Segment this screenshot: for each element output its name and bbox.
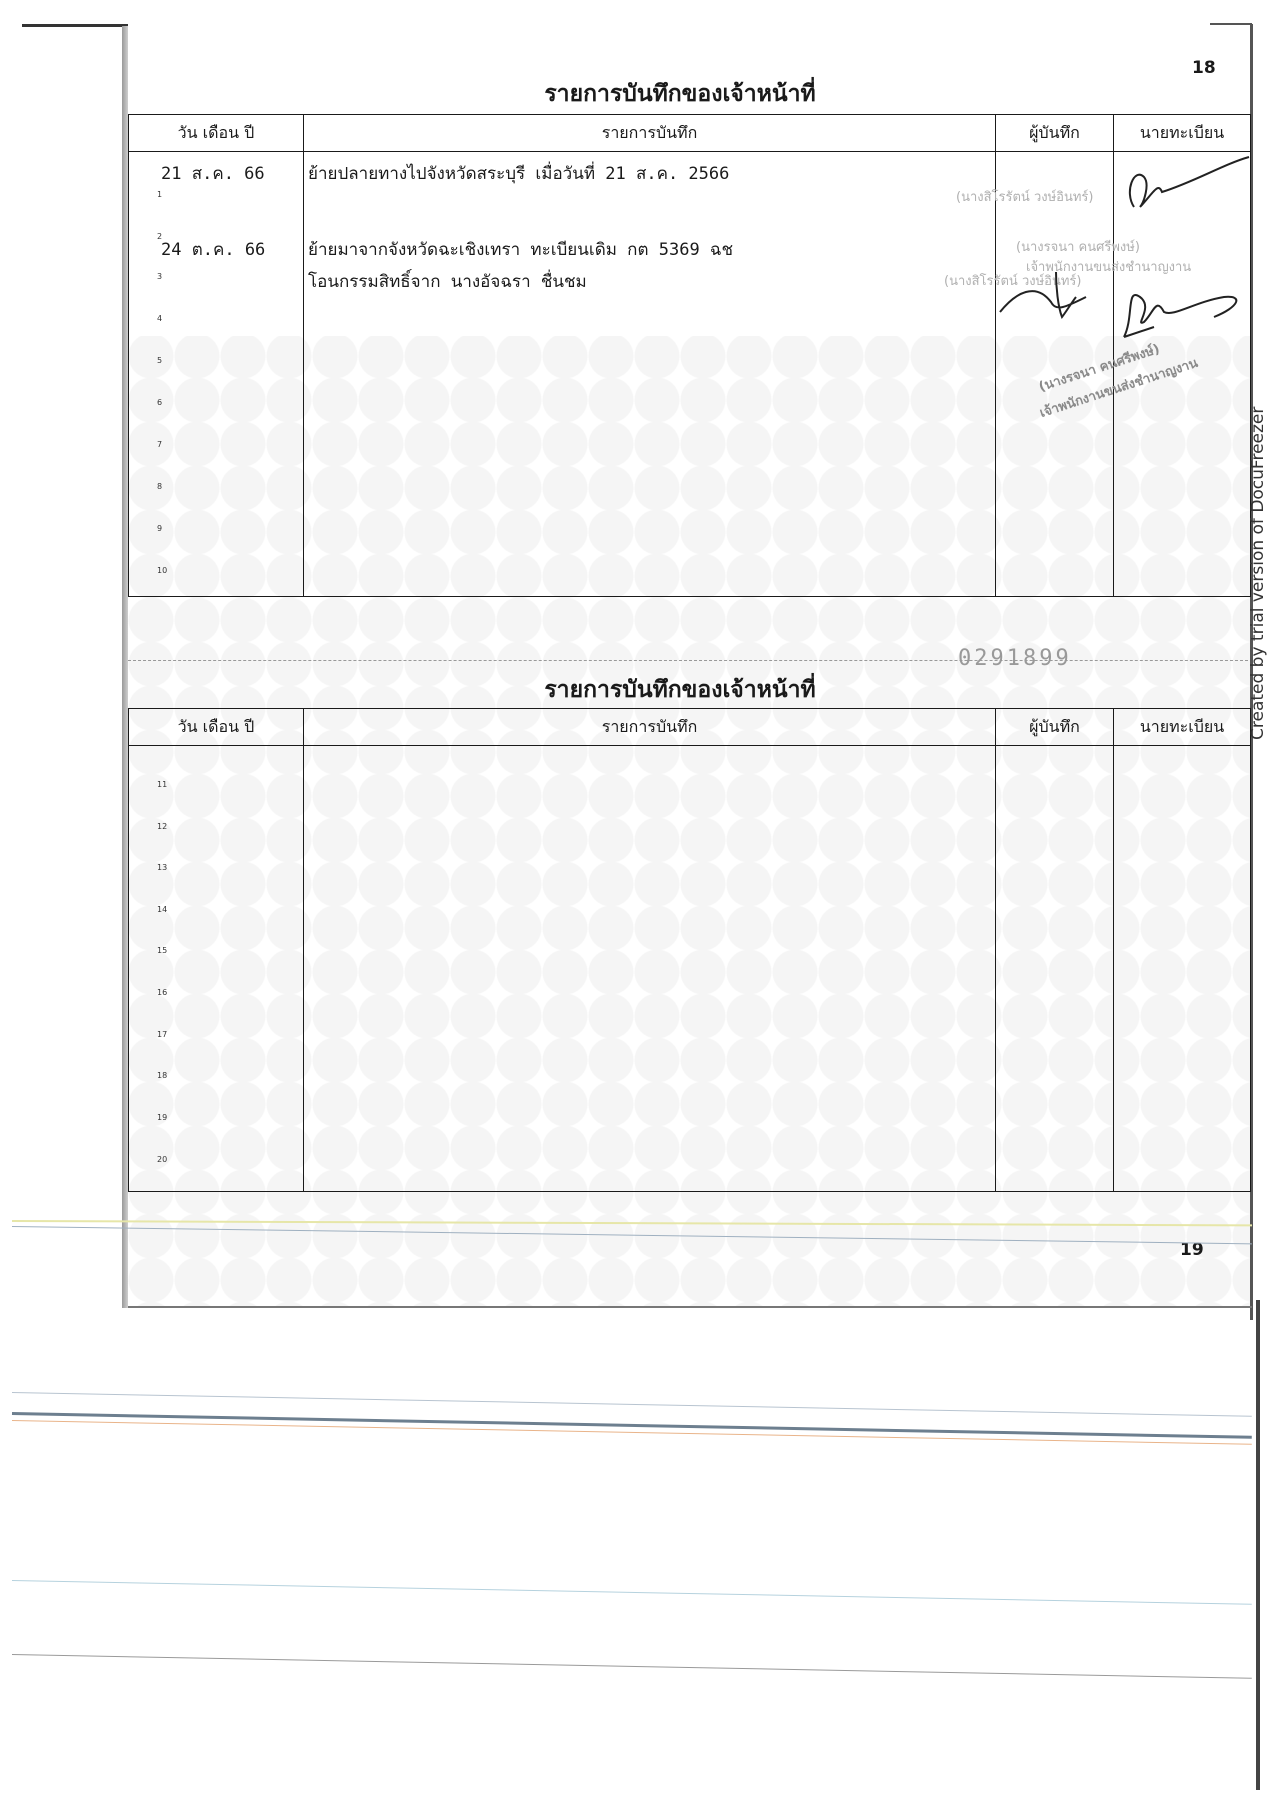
column-header-date: วัน เดือน ปี <box>129 709 304 746</box>
row-number: 20 <box>157 1155 167 1164</box>
watermark-text: Created by trial version of DocuFreezer <box>1248 407 1268 740</box>
row-number: 9 <box>157 524 162 533</box>
column-header-entry: รายการบันทึก <box>304 115 996 152</box>
column-header-recorder: ผู้บันทึก <box>996 709 1114 746</box>
row-number: 4 <box>157 314 162 323</box>
registrar-column-cell <box>1114 746 1251 1192</box>
date-column-cell: 21 ส.ค. 66 24 ต.ค. 66 1 2 3 4 5 6 7 8 9 … <box>129 152 304 597</box>
column-header-recorder: ผู้บันทึก <box>996 115 1114 152</box>
scan-frame-edge <box>22 24 128 27</box>
entry-date: 21 ส.ค. 66 <box>161 160 265 187</box>
scan-frame-edge <box>1256 1300 1260 1790</box>
row-number: 19 <box>157 1113 167 1122</box>
row-number: 15 <box>157 946 167 955</box>
row-number: 10 <box>157 566 167 575</box>
form-serial-number: 0291899 <box>958 646 1072 671</box>
row-number: 7 <box>157 440 162 449</box>
row-number: 11 <box>157 780 167 789</box>
scan-frame-edge <box>128 1306 1252 1308</box>
column-header-registrar: นายทะเบียน <box>1114 115 1251 152</box>
page-number-upper: 18 <box>1192 58 1216 78</box>
upper-record-table: วัน เดือน ปี รายการบันทึก ผู้บันทึก นายท… <box>128 114 1251 597</box>
row-number: 14 <box>157 905 167 914</box>
entry-text: โอนกรรมสิทธิ์จาก นางอัจฉรา ชื่นชม <box>308 268 587 295</box>
row-number: 8 <box>157 482 162 491</box>
row-number: 17 <box>157 1030 167 1039</box>
signature-icon <box>1114 152 1251 222</box>
page-separator-perforation <box>128 660 1248 662</box>
entry-column-cell: ย้ายปลายทางไปจังหวัดสระบุรี เมื่อวันที่ … <box>304 152 996 597</box>
official-stamp-text: (นางสิโรรัตน์ วงษ์อินทร์) <box>956 186 1093 207</box>
row-number: 6 <box>157 398 162 407</box>
lower-page-title: รายการบันทึกของเจ้าหน้าที่ <box>380 672 980 708</box>
column-header-entry: รายการบันทึก <box>304 709 996 746</box>
column-header-date: วัน เดือน ปี <box>129 115 304 152</box>
entry-text: ย้ายมาจากจังหวัดฉะเชิงเทรา ทะเบียนเดิม ก… <box>308 236 733 263</box>
signature-icon <box>1114 277 1251 357</box>
scan-artifact-line <box>12 1392 1252 1417</box>
upper-page-title: รายการบันทึกของเจ้าหน้าที่ <box>380 76 980 112</box>
registrar-column-cell <box>1114 152 1251 597</box>
scan-artifact-line <box>12 1654 1252 1679</box>
scan-artifact-line <box>12 1412 1252 1439</box>
scan-artifact-line <box>12 1580 1252 1605</box>
row-number: 5 <box>157 356 162 365</box>
scan-frame-edge <box>1210 23 1252 25</box>
signature-icon <box>996 252 1114 332</box>
row-number: 18 <box>157 1071 167 1080</box>
recorder-column-cell <box>996 746 1114 1192</box>
row-number: 13 <box>157 863 167 872</box>
row-number: 2 <box>157 232 162 241</box>
entry-text: ย้ายปลายทางไปจังหวัดสระบุรี เมื่อวันที่ … <box>308 160 729 187</box>
date-column-cell: 11 12 13 14 15 16 17 18 19 20 <box>129 746 304 1192</box>
entry-column-cell <box>304 746 996 1192</box>
row-number: 1 <box>157 190 162 199</box>
row-number: 16 <box>157 988 167 997</box>
lower-record-table: วัน เดือน ปี รายการบันทึก ผู้บันทึก นายท… <box>128 708 1251 1192</box>
row-number: 3 <box>157 272 162 281</box>
row-number: 12 <box>157 822 167 831</box>
recorder-column-cell: (นางสิโรรัตน์ วงษ์อินทร์) (นางรจนา คนศรี… <box>996 152 1114 597</box>
entry-date: 24 ต.ค. 66 <box>161 236 265 263</box>
column-header-registrar: นายทะเบียน <box>1114 709 1251 746</box>
